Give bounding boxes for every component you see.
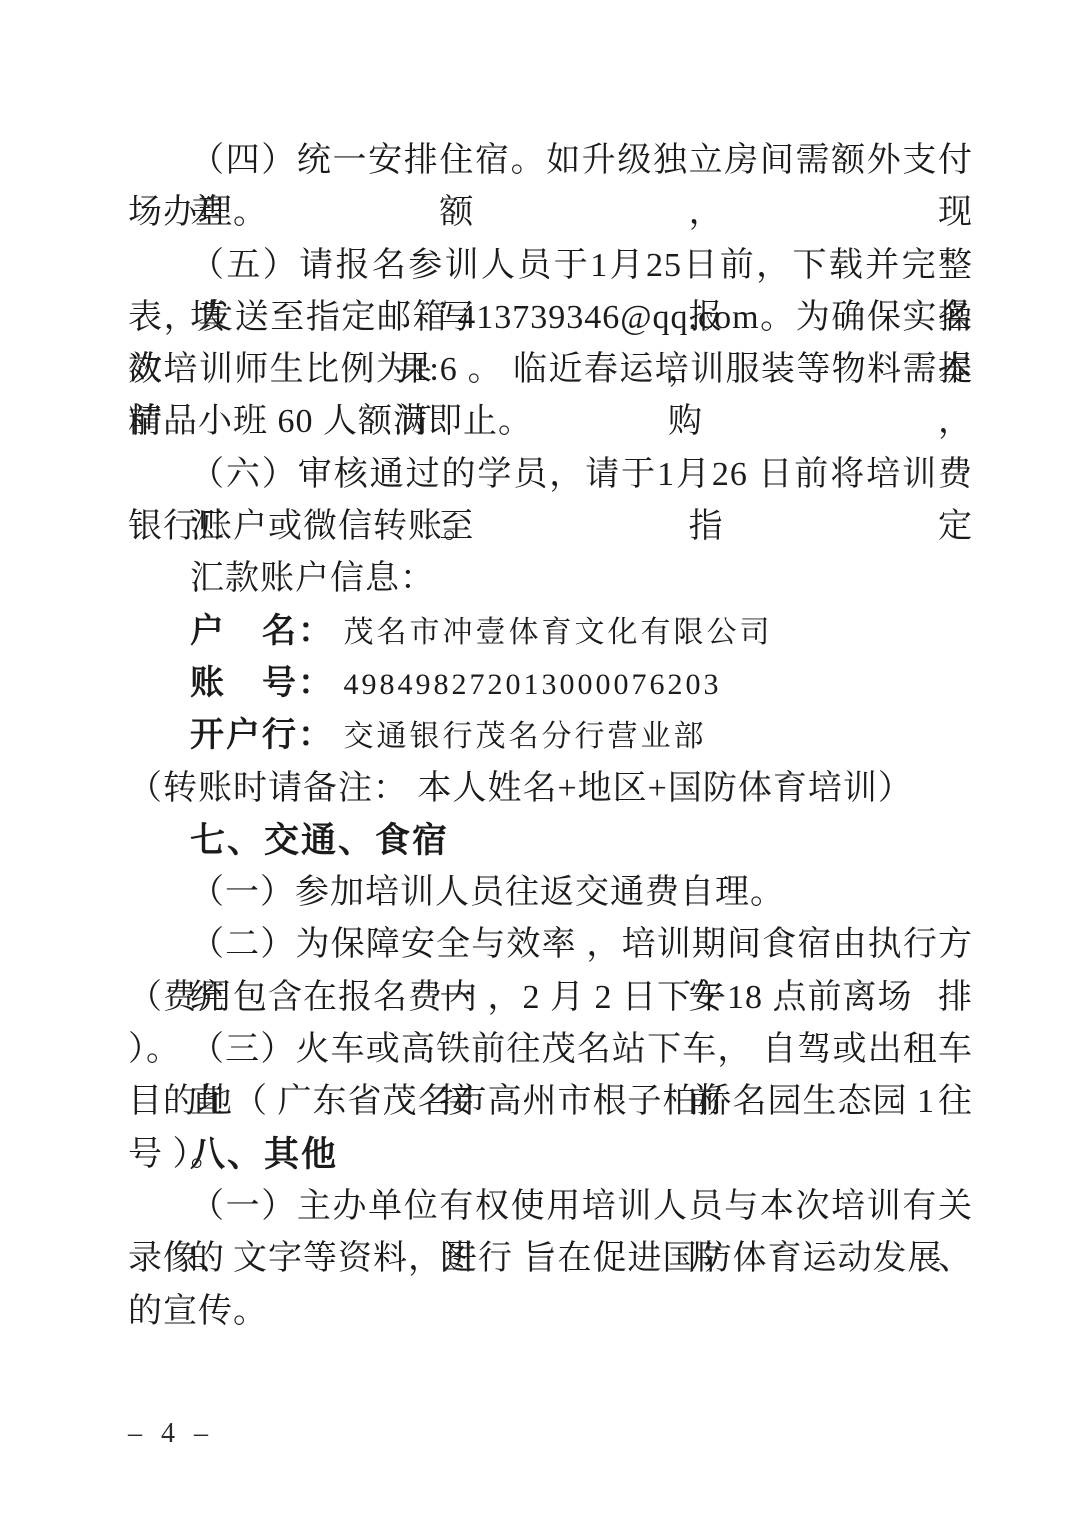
- section-heading-transport-lodging: 七、交通、食宿: [128, 815, 973, 867]
- para-signup-line-1: （五）请报名参训人员于1月25日前，下载并完整填写报名: [128, 240, 973, 292]
- transfer-note-line: （转账时请备注： 本人姓名+地区+国防体育培训）: [128, 763, 973, 815]
- para-transport-self-line: （一）参加培训人员往返交通费自理。: [128, 867, 973, 919]
- account-name-label: 户 名：: [190, 613, 334, 650]
- account-bank-label: 开户行：: [190, 717, 334, 754]
- para-payment-line-1: （六）审核通过的学员，请于1月26 日前将培训费汇至指定: [128, 449, 973, 501]
- page-number: – 4 –: [128, 1418, 214, 1450]
- para-lodging-line-2: （费用包含在报名费内 ，2 月 2 日下午18 点前离场 ）。: [128, 972, 973, 1024]
- section-heading-other: 八、其他: [128, 1129, 973, 1181]
- para-signup-line-3: 次培训师生比例为1:6 。 临近春运培训服装等物料需提前订购，: [128, 344, 973, 396]
- para-signup-line-2: 表，发送至指定邮箱 413739346@qq.com。为确保实操效果，本: [128, 292, 973, 344]
- para-media-rights-line-1: （一）主办单位有权使用培训人员与本次培训有关的图片、: [128, 1181, 973, 1233]
- account-bank-value: 交通银行茂名分行营业部: [344, 720, 707, 753]
- para-lodging-line-1: （二）为保障安全与效率 ，培训期间食宿由执行方统一安排: [128, 919, 973, 971]
- para-housing-line-1: （四）统一安排住宿。如升级独立房间需额外支付差额，现: [128, 135, 973, 187]
- document-body: （四）统一安排住宿。如升级独立房间需额外支付差额，现 场办理。 （五）请报名参训…: [128, 135, 973, 1286]
- account-name-line: 户 名： 茂名市冲壹体育文化有限公司: [128, 606, 973, 658]
- account-number-label: 账 号：: [190, 665, 334, 702]
- account-number-line: 账 号： 498498272013000076203: [128, 658, 973, 710]
- account-name-value: 茂名市冲壹体育文化有限公司: [344, 616, 773, 649]
- account-number-value: 498498272013000076203: [344, 668, 722, 701]
- para-route-line-2: 目的地（ 广东省茂名市高州市根子柏桥名园生态园 1 号 ）。: [128, 1076, 973, 1128]
- para-route-line-1: （三）火车或高铁前往茂名站下车， 自驾或出租车直接前往: [128, 1024, 973, 1076]
- account-bank-line: 开户行： 交通银行茂名分行营业部: [128, 710, 973, 762]
- remit-info-title: 汇款账户信息：: [128, 553, 973, 605]
- para-media-rights-line-2: 录像、文字等资料，进行 旨在促进国防体育运动发展的宣传。: [128, 1233, 973, 1285]
